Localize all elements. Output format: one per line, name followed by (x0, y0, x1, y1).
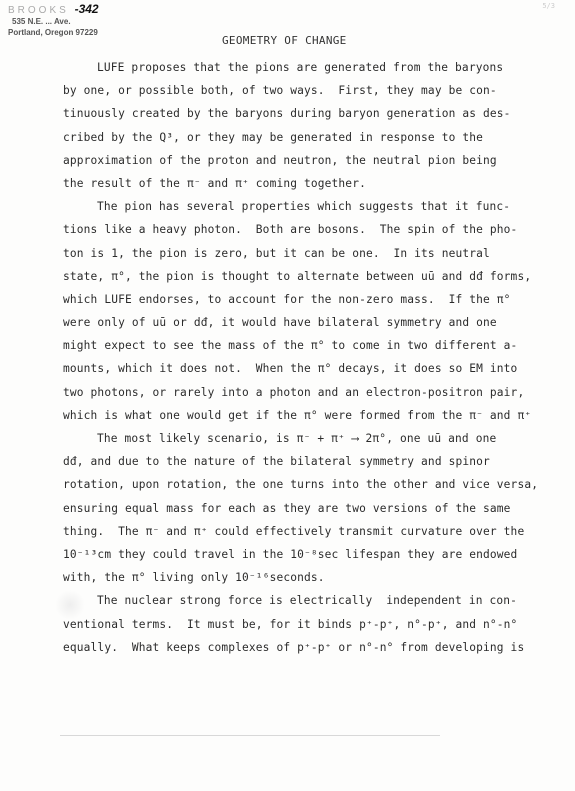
address-stamp: BROOKS -342 535 N.E. ... Ave. Portland, … (8, 4, 99, 38)
text-line: The most likely scenario, is π⁻ + π⁺ ⟶ 2… (63, 427, 563, 450)
text-line: were only of uū or dđ, it would have bil… (63, 311, 563, 334)
text-line: ton is 1, the pion is zero, but it can b… (63, 242, 563, 265)
paragraph: The pion has several properties which su… (63, 195, 563, 427)
document-body: LUFE proposes that the pions are generat… (63, 56, 563, 659)
text-line: state, π°, the pion is thought to altern… (63, 265, 563, 288)
stamp-street: 535 N.E. ... Ave. (12, 16, 99, 27)
text-line: might expect to see the mass of the π° t… (63, 334, 563, 357)
text-line: The pion has several properties which su… (63, 195, 563, 218)
text-line: LUFE proposes that the pions are generat… (63, 56, 563, 79)
corner-mark: 5/3 (542, 2, 555, 10)
text-line: ensuring equal mass for each as they are… (63, 497, 563, 520)
text-line: thing. The π⁻ and π⁺ could effectively t… (63, 520, 563, 543)
text-line: The nuclear strong force is electrically… (63, 589, 563, 612)
text-line: which LUFE endorses, to account for the … (63, 288, 563, 311)
text-line: tinuously created by the baryons during … (63, 102, 563, 125)
faint-rule-line (60, 735, 440, 736)
handwritten-number: -342 (75, 2, 99, 16)
text-line: with, the π° living only 10⁻¹⁶seconds. (63, 566, 563, 589)
scan-smudge (55, 590, 85, 620)
text-line: dđ, and due to the nature of the bilater… (63, 450, 563, 473)
page-title: GEOMETRY OF CHANGE (222, 34, 347, 47)
text-line: 10⁻¹³cm they could travel in the 10⁻⁸sec… (63, 543, 563, 566)
text-line: mounts, which it does not. When the π° d… (63, 357, 563, 380)
text-line: approximation of the proton and neutron,… (63, 149, 563, 172)
paragraph: The most likely scenario, is π⁻ + π⁺ ⟶ 2… (63, 427, 563, 589)
text-line: rotation, upon rotation, the one turns i… (63, 473, 563, 496)
text-line: two photons, or rarely into a photon and… (63, 381, 563, 404)
paragraph: The nuclear strong force is electrically… (63, 589, 563, 659)
text-line: tions like a heavy photon. Both are boso… (63, 218, 563, 241)
document-page: BROOKS -342 535 N.E. ... Ave. Portland, … (0, 0, 575, 791)
text-line: cribed by the Q³, or they may be generat… (63, 126, 563, 149)
stamp-city: Portland, Oregon 97229 (8, 27, 99, 38)
text-line: which is what one would get if the π° we… (63, 404, 563, 427)
paragraph: LUFE proposes that the pions are generat… (63, 56, 563, 195)
text-line: ventional terms. It must be, for it bind… (63, 613, 563, 636)
stamp-name: BROOKS (8, 5, 69, 16)
text-line: by one, or possible both, of two ways. F… (63, 79, 563, 102)
text-line: equally. What keeps complexes of p⁺-p⁺ o… (63, 636, 563, 659)
text-line: the result of the π⁻ and π⁺ coming toget… (63, 172, 563, 195)
